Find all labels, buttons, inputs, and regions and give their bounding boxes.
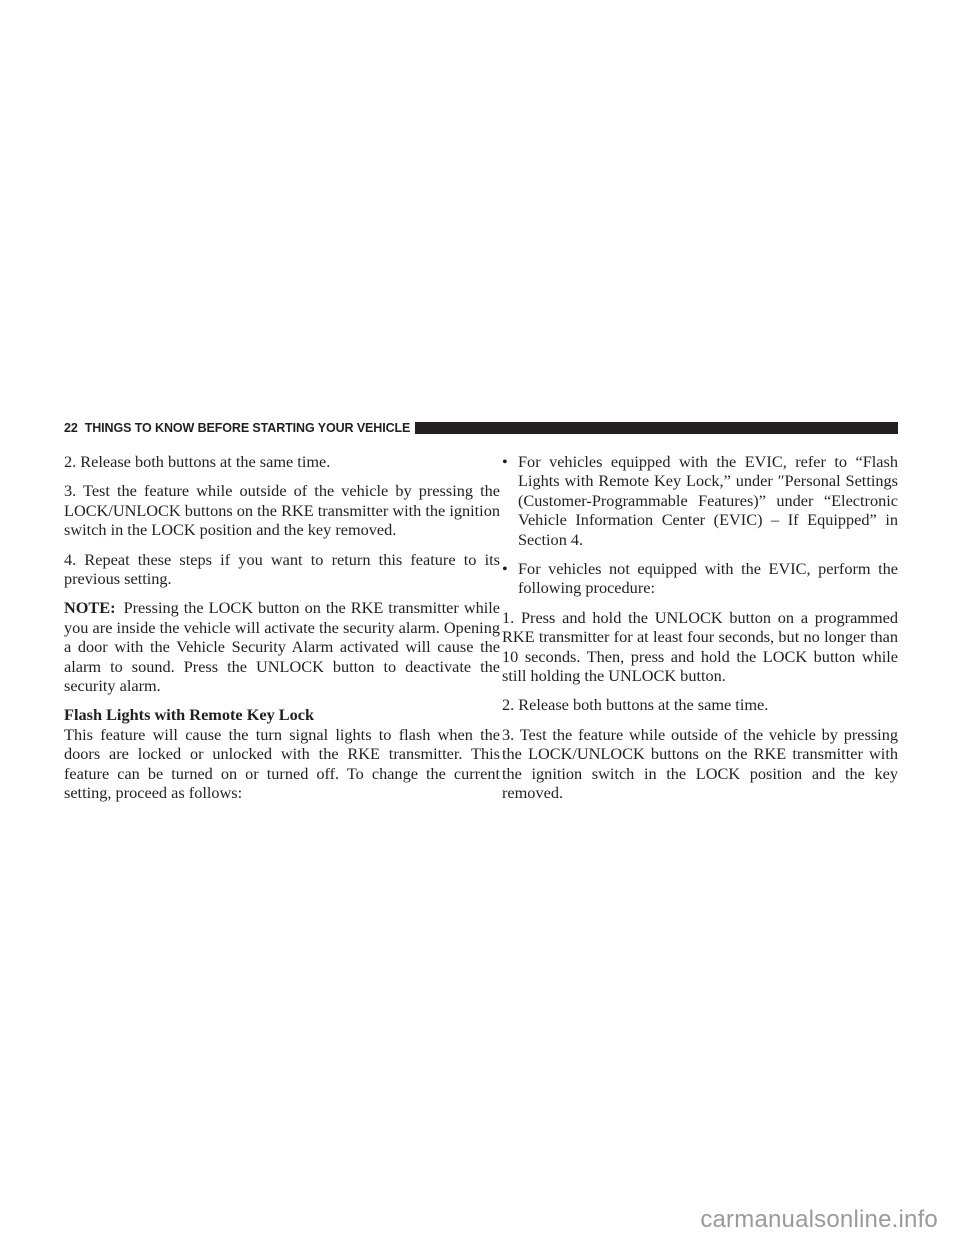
subheading: Flash Lights with Remote Key Lock [64,705,500,724]
step-4: 4. Repeat these steps if you want to ret… [64,550,500,589]
note-text: Pressing the LOCK button on the RKE tran… [64,598,500,695]
step-1: 1. Press and hold the UNLOCK button on a… [502,608,898,686]
watermark: carmanualsonline.info [700,1206,938,1234]
bullet-item: • For vehicles equipped with the EVIC, r… [502,452,898,549]
page-header: 22 THINGS TO KNOW BEFORE STARTING YOUR V… [64,420,898,436]
step-2: 2. Release both buttons at the same time… [64,452,500,471]
bullet-icon: • [502,452,518,549]
step-2: 2. Release both buttons at the same time… [502,695,898,714]
bullet-text: For vehicles equipped with the EVIC, ref… [518,452,898,549]
bullet-icon: • [502,559,518,598]
page-number: 22 [64,421,78,435]
header-rule [415,422,898,434]
step-3: 3. Test the feature while outside of the… [502,725,898,803]
feature-paragraph: This feature will cause the turn signal … [64,725,500,803]
section-title: THINGS TO KNOW BEFORE STARTING YOUR VEHI… [85,421,411,435]
note-label: NOTE: [64,598,116,617]
bullet-item: • For vehicles not equipped with the EVI… [502,559,898,598]
note: NOTE:Pressing the LOCK button on the RKE… [64,598,500,695]
left-column: 2. Release both buttons at the same time… [64,452,500,813]
right-column: • For vehicles equipped with the EVIC, r… [502,452,898,813]
bullet-text: For vehicles not equipped with the EVIC,… [518,559,898,598]
step-3: 3. Test the feature while outside of the… [64,481,500,539]
